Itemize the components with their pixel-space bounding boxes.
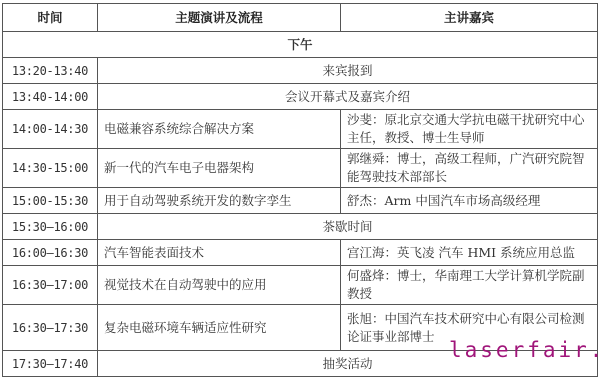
topic-cell: 新一代的汽车电子电器架构 bbox=[98, 149, 341, 188]
time-cell: 17:30—17:40 bbox=[3, 351, 98, 377]
topic-cell: 用于自动驾驶系统开发的数字孪生 bbox=[98, 188, 341, 214]
speaker-cell: 沙斐：原北京交通大学抗电磁干扰研究中心主任，教授、博士生导师 bbox=[341, 110, 598, 149]
section-row: 下午 bbox=[3, 32, 598, 58]
table-row: 14:30-15:00 新一代的汽车电子电器架构 郭继舜：博士，高级工程师，广汽… bbox=[3, 149, 598, 188]
time-cell: 15:30—16:00 bbox=[3, 214, 98, 240]
header-speaker: 主讲嘉宾 bbox=[341, 4, 598, 32]
topic-cell: 电磁兼容系统综合解决方案 bbox=[98, 110, 341, 149]
time-cell: 16:30—17:00 bbox=[3, 266, 98, 305]
speaker-cell: 舒杰：Arm 中国汽车市场高级经理 bbox=[341, 188, 598, 214]
header-time: 时间 bbox=[3, 4, 98, 32]
table-row: 16:00—16:30 汽车智能表面技术 宫江海：英飞凌 汽车 HMI 系统应用… bbox=[3, 240, 598, 266]
time-cell: 15:00-15:30 bbox=[3, 188, 98, 214]
agenda-table: 时间 主题演讲及流程 主讲嘉宾 下午 13:20-13:40 来宾报到 13:4… bbox=[2, 3, 598, 377]
table-row: 15:00-15:30 用于自动驾驶系统开发的数字孪生 舒杰：Arm 中国汽车市… bbox=[3, 188, 598, 214]
table-row: 13:40-14:00 会议开幕式及嘉宾介绍 bbox=[3, 84, 598, 110]
event-cell: 茶歇时间 bbox=[98, 214, 598, 240]
topic-cell: 复杂电磁环境车辆适应性研究 bbox=[98, 305, 341, 351]
time-cell: 16:00—16:30 bbox=[3, 240, 98, 266]
time-cell: 13:40-14:00 bbox=[3, 84, 98, 110]
event-cell: 会议开幕式及嘉宾介绍 bbox=[98, 84, 598, 110]
table-row: 13:20-13:40 来宾报到 bbox=[3, 58, 598, 84]
topic-cell: 视觉技术在自动驾驶中的应用 bbox=[98, 266, 341, 305]
watermark: laserfair.com bbox=[449, 338, 600, 362]
event-cell: 来宾报到 bbox=[98, 58, 598, 84]
time-cell: 14:30-15:00 bbox=[3, 149, 98, 188]
topic-cell: 汽车智能表面技术 bbox=[98, 240, 341, 266]
table-row: 15:30—16:00 茶歇时间 bbox=[3, 214, 598, 240]
speaker-cell: 郭继舜：博士，高级工程师，广汽研究院智能驾驶技术部部长 bbox=[341, 149, 598, 188]
speaker-cell: 宫江海：英飞凌 汽车 HMI 系统应用总监 bbox=[341, 240, 598, 266]
table-row: 14:00-14:30 电磁兼容系统综合解决方案 沙斐：原北京交通大学抗电磁干扰… bbox=[3, 110, 598, 149]
time-cell: 16:30—17:30 bbox=[3, 305, 98, 351]
header-row: 时间 主题演讲及流程 主讲嘉宾 bbox=[3, 4, 598, 32]
table-row: 16:30—17:00 视觉技术在自动驾驶中的应用 何盛烽：博士，华南理工大学计… bbox=[3, 266, 598, 305]
section-afternoon: 下午 bbox=[3, 32, 598, 58]
time-cell: 14:00-14:30 bbox=[3, 110, 98, 149]
time-cell: 13:20-13:40 bbox=[3, 58, 98, 84]
header-topic: 主题演讲及流程 bbox=[98, 4, 341, 32]
speaker-cell: 何盛烽：博士，华南理工大学计算机学院副教授 bbox=[341, 266, 598, 305]
